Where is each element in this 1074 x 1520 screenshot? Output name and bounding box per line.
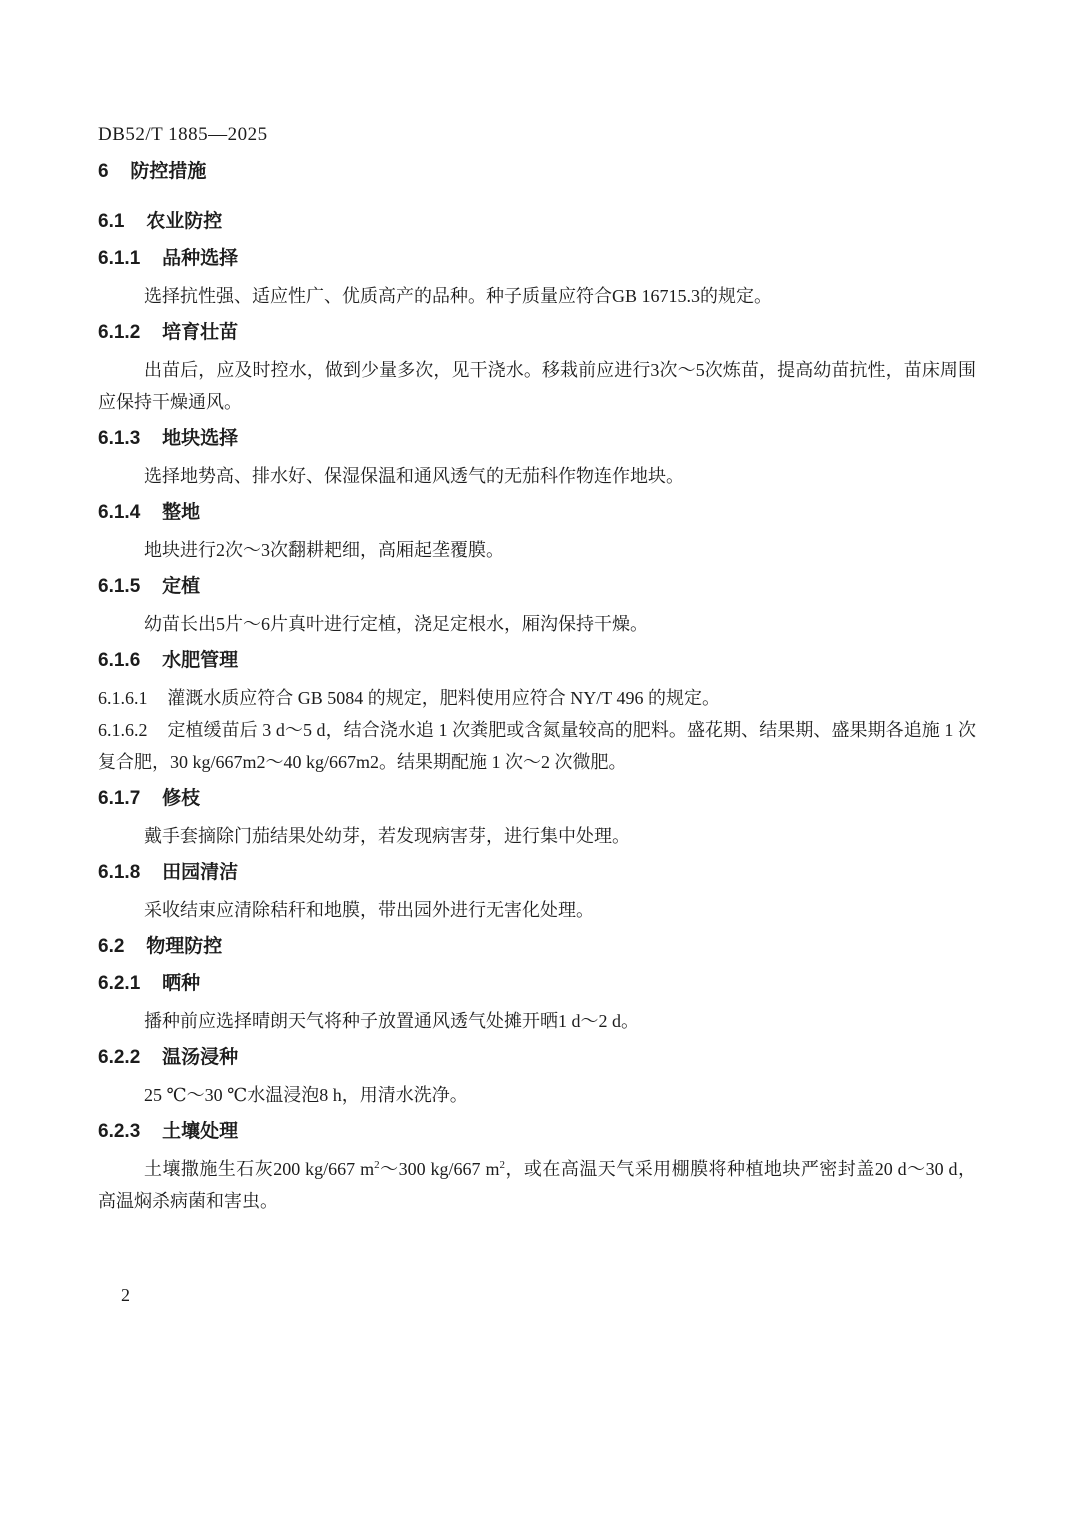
subsection-title: 品种选择 [162, 248, 238, 269]
subsection-heading-6-2-3: 6.2.3土壤处理 [98, 1116, 976, 1148]
subsection-heading-6-1-4: 6.1.4整地 [98, 497, 976, 529]
paragraph-6-2-1: 播种前应选择晴朗天气将种子放置通风透气处摊开晒1 d～2 d。 [98, 1005, 976, 1037]
paragraph-6-1-2: 出苗后，应及时控水，做到少量多次，见干浇水。移栽前应进行3次～5次炼苗，提高幼苗… [98, 354, 976, 418]
section-heading-6-2: 6.2物理防控 [98, 931, 976, 963]
subsection-heading-6-2-1: 6.2.1晒种 [98, 968, 976, 1000]
subsection-title: 温汤浸种 [162, 1047, 238, 1068]
paragraph-6-1-8: 采收结束应清除秸秆和地膜，带出园外进行无害化处理。 [98, 894, 976, 926]
paragraph-6-1-1: 选择抗性强、适应性广、优质高产的品种。种子质量应符合GB 16715.3的规定。 [98, 280, 976, 312]
subsection-number: 6.1.8 [98, 857, 140, 889]
subsection-number: 6.1.4 [98, 497, 140, 529]
paragraph-6-1-5: 幼苗长出5片～6片真叶进行定植，浇足定根水，厢沟保持干燥。 [98, 608, 976, 640]
subsection-heading-6-1-6: 6.1.6水肥管理 [98, 645, 976, 677]
document-page: DB52/T 1885—2025 6防控措施 6.1农业防控 6.1.1品种选择… [0, 0, 1074, 1520]
subsection-title: 培育壮苗 [162, 322, 238, 343]
subsection-number: 6.1.6 [98, 645, 140, 677]
subsection-heading-6-1-3: 6.1.3地块选择 [98, 423, 976, 455]
section-number: 6.2 [98, 931, 124, 963]
doc-number: DB52/T 1885—2025 [98, 119, 976, 151]
subsection-number: 6.1.7 [98, 783, 140, 815]
subsection-title: 定植 [162, 576, 200, 597]
subsection-title: 水肥管理 [162, 650, 238, 671]
chapter-heading: 6防控措施 [98, 156, 976, 188]
subsection-number: 6.2.2 [98, 1042, 140, 1074]
paragraph-6-2-2: 25 ℃～30 ℃水温浸泡8 h，用清水洗净。 [98, 1079, 976, 1111]
subsection-title: 修枝 [162, 788, 200, 809]
clause-text: 定植缓苗后 3 d～5 d，结合浇水追 1 次粪肥或含氮量较高的肥料。盛花期、结… [98, 720, 976, 772]
chapter-number: 6 [98, 156, 109, 188]
subsection-number: 6.1.5 [98, 571, 140, 603]
paragraph-6-2-3: 土壤撒施生石灰200 kg/667 m2～300 kg/667 m2，或在高温天… [98, 1153, 976, 1217]
subsection-heading-6-1-7: 6.1.7修枝 [98, 783, 976, 815]
subsection-number: 6.2.1 [98, 968, 140, 1000]
subsection-number: 6.1.3 [98, 423, 140, 455]
clause-number: 6.1.6.1 [98, 682, 148, 714]
subsection-title: 整地 [162, 502, 200, 523]
paragraph-6-1-3: 选择地势高、排水好、保湿保温和通风透气的无茄科作物连作地块。 [98, 460, 976, 492]
page-number: 2 [98, 1279, 976, 1311]
subsection-heading-6-2-2: 6.2.2温汤浸种 [98, 1042, 976, 1074]
paragraph-6-1-7: 戴手套摘除门茄结果处幼芽，若发现病害芽，进行集中处理。 [98, 820, 976, 852]
section-number: 6.1 [98, 206, 124, 238]
section-title: 农业防控 [146, 211, 222, 232]
paragraph-6-1-4: 地块进行2次～3次翻耕耙细，高厢起垄覆膜。 [98, 534, 976, 566]
subsection-number: 6.2.3 [98, 1116, 140, 1148]
clause-6-1-6-2: 6.1.6.2定植缓苗后 3 d～5 d，结合浇水追 1 次粪肥或含氮量较高的肥… [98, 714, 976, 778]
subsection-title: 土壤处理 [162, 1121, 238, 1142]
subsection-number: 6.1.2 [98, 317, 140, 349]
section-heading-6-1: 6.1农业防控 [98, 206, 976, 238]
subsection-heading-6-1-5: 6.1.5定植 [98, 571, 976, 603]
subsection-heading-6-1-1: 6.1.1品种选择 [98, 243, 976, 275]
section-title: 物理防控 [146, 936, 222, 957]
clause-6-1-6-1: 6.1.6.1灌溉水质应符合 GB 5084 的规定，肥料使用应符合 NY/T … [98, 682, 976, 714]
paragraph-text-part: ～300 kg/667 m [380, 1159, 500, 1179]
subsection-title: 晒种 [162, 973, 200, 994]
paragraph-text-part: 土壤撒施生石灰200 kg/667 m [144, 1159, 374, 1179]
subsection-number: 6.1.1 [98, 243, 140, 275]
subsection-heading-6-1-8: 6.1.8田园清洁 [98, 857, 976, 889]
clause-text: 灌溉水质应符合 GB 5084 的规定，肥料使用应符合 NY/T 496 的规定… [167, 688, 720, 708]
subsection-title: 田园清洁 [162, 862, 238, 883]
clause-number: 6.1.6.2 [98, 714, 148, 746]
subsection-title: 地块选择 [162, 428, 238, 449]
subsection-heading-6-1-2: 6.1.2培育壮苗 [98, 317, 976, 349]
chapter-title: 防控措施 [130, 161, 206, 182]
